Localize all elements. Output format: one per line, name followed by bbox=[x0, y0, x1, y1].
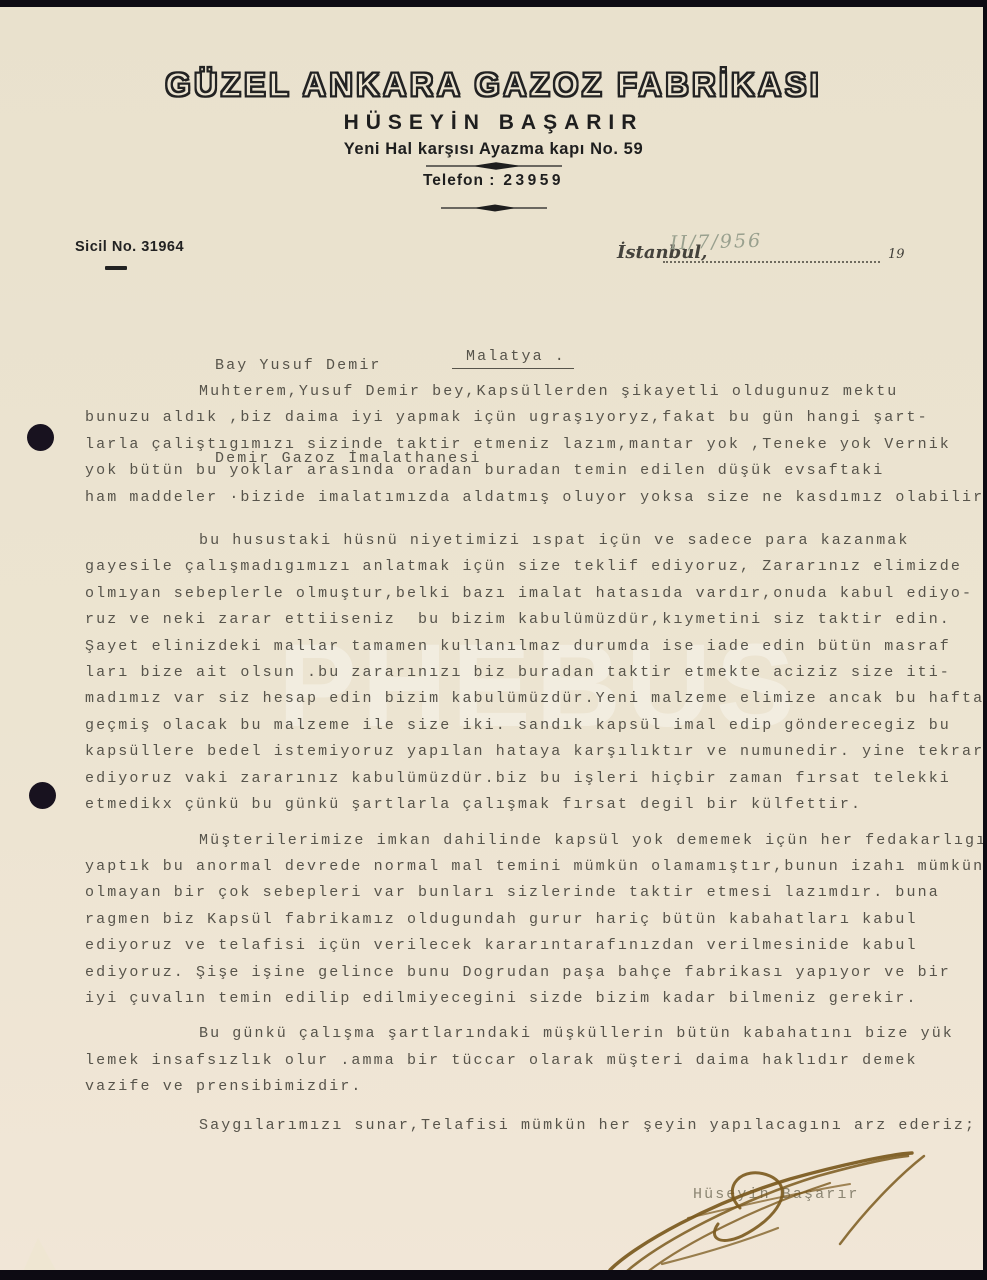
body-line: yok bütün bu yoklar arasında oradan bura… bbox=[85, 458, 987, 484]
paragraph: bu husustaki hüsnü niyetimizi ıspat içün… bbox=[85, 528, 987, 818]
registry-underline bbox=[105, 266, 127, 270]
phone-line: Telefon :23959 bbox=[0, 172, 987, 190]
dateline-year-prefix: 19 bbox=[888, 247, 905, 262]
registry-number: Sicil No. 31964 bbox=[75, 239, 184, 255]
letter-scan: PHEBUS GÜZEL ANKARA GAZOZ FABRİKASI HÜSE… bbox=[0, 0, 987, 1280]
body-line: geçmiş olacak bu malzeme ile size iki. s… bbox=[85, 713, 987, 739]
company-name: GÜZEL ANKARA GAZOZ FABRİKASI bbox=[0, 66, 987, 104]
body-line: ediyoruz ve telafisi içün verilecek kara… bbox=[85, 933, 987, 959]
body-line: vazife ve prensibimizdir. bbox=[85, 1074, 987, 1100]
letter-body: Muhterem,Yusuf Demir bey,Kapsüllerden şi… bbox=[85, 379, 987, 1139]
body-line: ları bize ait olsun .bu zararınızı biz b… bbox=[85, 660, 987, 686]
punch-hole-bottom bbox=[29, 782, 56, 809]
body-line: larla çaliştıgımızı sizinde taktir etmen… bbox=[85, 432, 987, 458]
phone-number: 23959 bbox=[503, 172, 564, 189]
body-line: Şayet elinizdeki mallar tamamen kullanıl… bbox=[85, 634, 987, 660]
body-line: lemek insafsızlık olur .amma bir tüccar … bbox=[85, 1048, 987, 1074]
handwritten-signature bbox=[592, 1146, 932, 1280]
body-line: etmedikx çünkü bu günkü şartlarla çalışm… bbox=[85, 792, 987, 818]
body-line: Saygılarımızı sunar,Telafisi mümkün her … bbox=[85, 1113, 987, 1139]
body-line: ediyoruz vaki zararınız kabulümüzdür.biz… bbox=[85, 766, 987, 792]
proprietor-name: HÜSEYİN BAŞARIR bbox=[0, 111, 987, 135]
punch-hole-top bbox=[27, 424, 54, 451]
phone-label: Telefon : bbox=[423, 172, 495, 189]
body-line: olmayan bir çok sebepleri var bunları si… bbox=[85, 880, 987, 906]
recipient-name: Bay Yusuf Demir bbox=[215, 350, 481, 381]
paragraph: Saygılarımızı sunar,Telafisi mümkün her … bbox=[85, 1113, 987, 1139]
body-line: ruz ve neki zarar ettiiseniz bu bizim ka… bbox=[85, 607, 987, 633]
paragraph: Muhterem,Yusuf Demir bey,Kapsüllerden şi… bbox=[85, 379, 987, 511]
body-line: madımız var siz hesap edin bizim kabulüm… bbox=[85, 686, 987, 712]
scan-edge-bottom bbox=[0, 1270, 987, 1280]
folded-corner bbox=[22, 1238, 58, 1274]
body-line: ham maddeler ·bizide imalatımızda aldatm… bbox=[85, 485, 987, 511]
body-line: bu husustaki hüsnü niyetimizi ıspat içün… bbox=[85, 528, 987, 554]
ornament-divider-icon bbox=[439, 200, 549, 218]
body-line: yaptık bu anormal devrede normal mal tem… bbox=[85, 854, 987, 880]
body-line: ragmen biz Kapsül fabrikamız oldugundah … bbox=[85, 907, 987, 933]
handwritten-date: II/7/956 bbox=[670, 230, 763, 254]
body-line: bunuzu aldık ,biz daima iyi yapmak içün … bbox=[85, 405, 987, 431]
body-line: Bu günkü çalışma şartlarındaki müşküller… bbox=[85, 1021, 987, 1047]
scan-edge-top bbox=[0, 0, 987, 7]
body-line: Muhterem,Yusuf Demir bey,Kapsüllerden şi… bbox=[85, 379, 987, 405]
body-line: ediyoruz. Şişe işine gelince bunu Dogrud… bbox=[85, 960, 987, 986]
scan-edge-right bbox=[983, 0, 987, 1280]
body-line: kapsüllere bedel istemiyoruz yapılan hat… bbox=[85, 739, 987, 765]
recipient-city: Malatya . bbox=[452, 348, 574, 365]
body-line: gayesile çalışmadıgımızı anlatmak içün s… bbox=[85, 554, 987, 580]
body-line: iyi çuvalın temin edilip edilmiyecegini … bbox=[85, 986, 987, 1012]
paragraph: Müşterilerimize imkan dahilinde kapsül y… bbox=[85, 828, 987, 1013]
body-line: Müşterilerimize imkan dahilinde kapsül y… bbox=[85, 828, 987, 854]
body-line: olmıyan sebeplerle olmuştur,belki bazı i… bbox=[85, 581, 987, 607]
address-line: Yeni Hal karşısı Ayazma kapı No. 59 bbox=[0, 140, 987, 159]
paragraph: Bu günkü çalışma şartlarındaki müşküller… bbox=[85, 1021, 987, 1100]
